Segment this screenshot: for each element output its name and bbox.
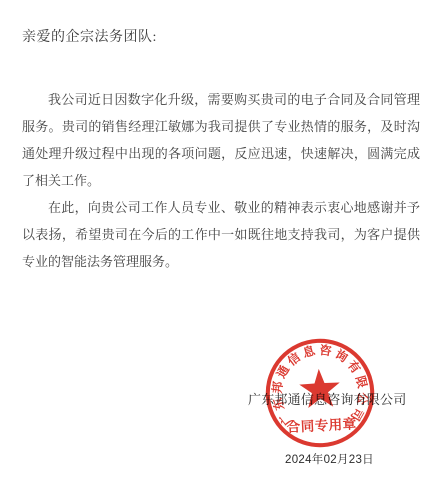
letter-line: 以表扬，希望贵司在今后的工作中一如既往地支持我司，为客户提供 [22,221,420,248]
letter-line: 通处理升级过程中出现的各项问题，反应迅速，快速解决，圆满完成 [22,140,420,167]
salutation: 亲爱的企宗法务团队: [22,28,420,48]
paragraph-2: 在此，向贵公司工作人员专业、敬业的精神表示衷心地感谢并予 以表扬，希望贵司在今后… [22,194,420,275]
letter-line: 专业的智能法务管理服务。 [22,248,420,275]
letter-line: 在此，向贵公司工作人员专业、敬业的精神表示衷心地感谢并予 [22,194,420,221]
seal-star-icon [299,368,341,409]
letter-line: 我公司近日因数字化升级，需要购买贵司的电子合同及合同管理 [22,86,420,113]
company-seal: 广东邦通信息咨询有限公司 合同专用章 [259,332,381,454]
letter-page: 亲爱的企宗法务团队: 我公司近日因数字化升级，需要购买贵司的电子合同及合同管理 … [0,0,440,480]
letter-body: 亲爱的企宗法务团队: 我公司近日因数字化升级，需要购买贵司的电子合同及合同管理 … [22,28,420,275]
letter-line: 了相关工作。 [22,167,420,194]
paragraph-1: 我公司近日因数字化升级，需要购买贵司的电子合同及合同管理 服务。贵司的销售经理江… [22,86,420,194]
seal-label: 合同专用章 [286,415,357,435]
letter-line: 服务。贵司的销售经理江敏娜为我司提供了专业热情的服务，及时沟 [22,113,420,140]
signature-date: 2024年02月23日 [285,451,374,467]
